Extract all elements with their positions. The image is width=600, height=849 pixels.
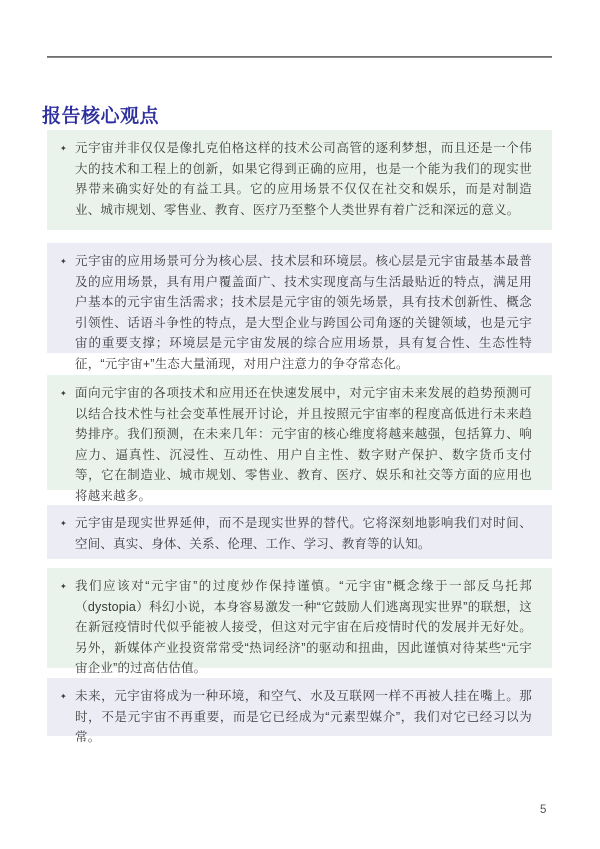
key-point-card: ✦ 元宇宙是现实世界延伸，而不是现实世界的替代。它将深刻地影响我们对时间、空间、… [47, 505, 552, 559]
top-divider [47, 56, 552, 58]
key-point-text: 元宇宙的应用场景可分为核心层、技术层和环境层。核心层是元宇宙最基本最普及的应用场… [75, 251, 532, 374]
bullet-icon: ✦ [60, 576, 75, 598]
bullet-icon: ✦ [60, 251, 75, 273]
key-point-text: 我们应该对“元宇宙”的过度炒作保持谨慎。“元宇宙”概念缘于一部反乌托邦（dyst… [75, 576, 532, 679]
key-point-card: ✦ 未来，元宇宙将成为一种环境，和空气、水及互联网一样不再被人挂在嘴上。那时，不… [47, 678, 552, 736]
key-point-card: ✦ 元宇宙并非仅仅是像扎克伯格这样的技术公司高管的逐利梦想，而且还是一个伟大的技… [47, 130, 552, 230]
key-point-text: 元宇宙是现实世界延伸，而不是现实世界的替代。它将深刻地影响我们对时间、空间、真实… [75, 513, 532, 554]
key-point-card: ✦ 我们应该对“元宇宙”的过度炒作保持谨慎。“元宇宙”概念缘于一部反乌托邦（dy… [47, 568, 552, 668]
report-page: 报告核心观点 ✦ 元宇宙并非仅仅是像扎克伯格这样的技术公司高管的逐利梦想，而且还… [0, 0, 600, 849]
bullet-icon: ✦ [60, 513, 75, 535]
page-title: 报告核心观点 [42, 101, 159, 128]
page-number: 5 [540, 804, 546, 816]
bullet-icon: ✦ [60, 138, 75, 160]
key-point-text: 元宇宙并非仅仅是像扎克伯格这样的技术公司高管的逐利梦想，而且还是一个伟大的技术和… [75, 138, 532, 220]
bullet-icon: ✦ [60, 383, 75, 405]
key-point-card: ✦ 面向元宇宙的各项技术和应用还在快速发展中，对元宇宙未来发展的趋势预测可以结合… [47, 375, 552, 490]
key-point-card: ✦ 元宇宙的应用场景可分为核心层、技术层和环境层。核心层是元宇宙最基本最普及的应… [47, 243, 552, 353]
key-point-text: 面向元宇宙的各项技术和应用还在快速发展中，对元宇宙未来发展的趋势预测可以结合技术… [75, 383, 532, 506]
key-point-text: 未来，元宇宙将成为一种环境，和空气、水及互联网一样不再被人挂在嘴上。那时，不是元… [75, 686, 532, 748]
bullet-icon: ✦ [60, 686, 75, 708]
